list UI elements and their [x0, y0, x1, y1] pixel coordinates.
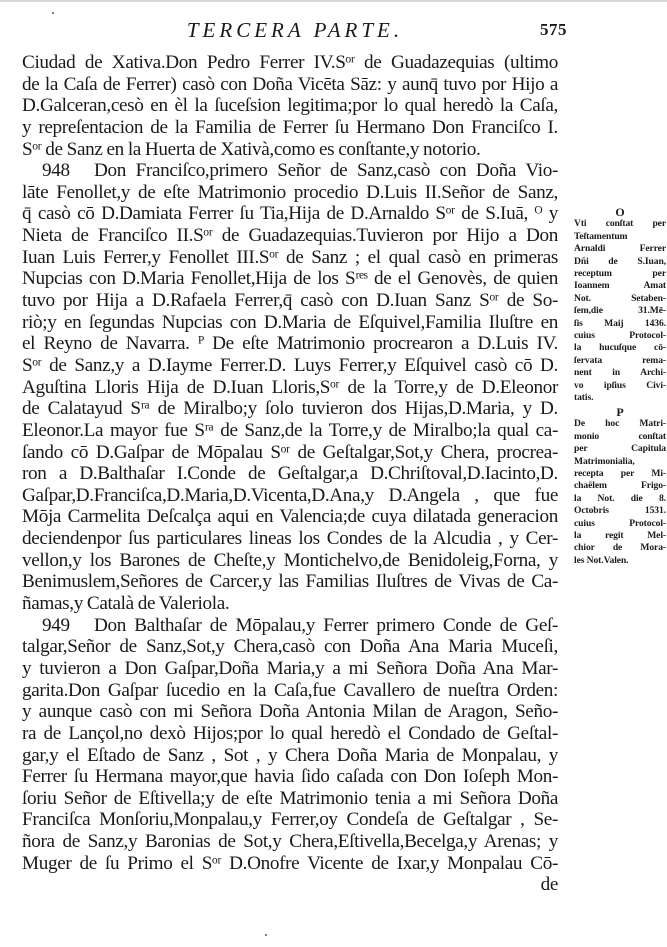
note-line: les Not.Valen. — [574, 555, 666, 567]
text-line: Ciudad de Xativa.Don Pedro Ferrer IV.Sᵒʳ… — [22, 52, 558, 74]
text-line: ñora de Sanz,y Baronias de Sot,y Chera,E… — [22, 831, 558, 853]
text-line: Sᵒʳ de Sanz en la Huerta de Xativà,como … — [22, 139, 558, 161]
text-line: q̄ casò cō D.Damiata Ferrer ſu Tia,Hija … — [22, 203, 558, 225]
note-line: Octobris 1531. — [574, 505, 666, 517]
note-line: per Capitula — [574, 443, 666, 455]
text-line: Gaſpar,D.Franciſca,D.Maria,D.Vicenta,D.A… — [22, 485, 558, 507]
note-line: recepta per Mi- — [574, 468, 666, 480]
paragraph-start-line: 949Don Balthaſar de Mōpalau,y Ferrer pri… — [22, 615, 558, 637]
catchword: de — [22, 874, 558, 896]
note-line: Dñi de S.Iuan, — [574, 256, 666, 268]
text-line: Franciſca Monſoriu,Monpalau,y Ferrer,oy … — [22, 809, 558, 831]
paragraph-number: 948 — [42, 160, 94, 182]
paragraph-start-line: 948Don Franciſco,primero Señor de Sanz,c… — [22, 160, 558, 182]
scan-speck — [265, 934, 267, 936]
text-line: y aunque casò con mi Señora Doña Antonia… — [22, 701, 558, 723]
marginal-note-o: OVti conſtat perTeſtamentumArnaldi Ferre… — [574, 206, 666, 405]
paragraph-number: 949 — [42, 615, 94, 637]
text-line: Aguſtina Lloris Hija de D.Iuan Lloris,Sᵒ… — [22, 377, 558, 399]
note-line: Not. Setaben- — [574, 293, 666, 305]
page-number: 575 — [540, 20, 567, 40]
text-line: Muger de ſu Primo el Sᵒʳ D.Onofre Vicent… — [22, 853, 558, 875]
note-line: Matrimonialia, — [574, 456, 666, 468]
paragraph-text: Don Balthaſar de Mōpalau,y Ferrer primer… — [94, 615, 558, 636]
note-line: Arnaldi Ferrer — [574, 243, 666, 255]
running-title: TERCERA PARTE. — [180, 18, 410, 43]
note-line: ſem,die 31.Mē- — [574, 305, 666, 317]
text-line: Ferrer ſu Hermana mayor,que havia ſido c… — [22, 766, 558, 788]
text-line: deciendenpor ſus particulares lineas los… — [22, 528, 558, 550]
note-line: ſis Maij 1436. — [574, 318, 666, 330]
text-line: Benimuslem,Señores de Carcer,y las Famil… — [22, 571, 558, 593]
text-line: garita.Don Gaſpar ſucedio en la Caſa,fue… — [22, 680, 558, 702]
scan-top-edge — [0, 0, 667, 2]
note-line: la regit Mel- — [574, 530, 666, 542]
note-line: tatis. — [574, 392, 666, 404]
text-line: Mōja Carmelita Deſcalça aqui en Valencia… — [22, 506, 558, 528]
text-line: Iuan Luis Ferrer,y Fenollet III.Sᵒʳ de S… — [22, 247, 558, 269]
text-line: ñamas,y Català de Valeriola. — [22, 593, 558, 615]
text-line: talgar,Señor de Sanz,Sot,y Chera,casò co… — [22, 636, 558, 658]
note-line: cuius Protocol- — [574, 330, 666, 342]
text-line: vellon,y los Barones de Cheſte,y Montich… — [22, 550, 558, 572]
note-marker: P — [574, 406, 666, 418]
text-line: ron a D.Balthaſar I.Conde de Geſtalgar,a… — [22, 463, 558, 485]
text-line: Nupcias con D.Maria Fenollet,Hija de los… — [22, 268, 558, 290]
note-marker: O — [574, 206, 666, 218]
text-line: y repreſentacion de la Familia de Ferrer… — [22, 117, 558, 139]
note-line: cuius Protocol- — [574, 518, 666, 530]
text-line: gar,y el Eſtado de Sanz , Sot , y Chera … — [22, 745, 558, 767]
note-line: chaëlem Frigo- — [574, 480, 666, 492]
text-line: D.Galceran,cesò en èl la ſuceſsion legit… — [22, 95, 558, 117]
note-line: Teſtamentum — [574, 231, 666, 243]
text-line: y tuvieron a Don Gaſpar,Doña Maria,y a m… — [22, 658, 558, 680]
text-line: Eleonor.La mayor fue Sʳᵃ de Sanz,de la T… — [22, 420, 558, 442]
note-line: Vti conſtat per — [574, 218, 666, 230]
text-line: de la Caſa de Ferrer) casò con Doña Vicē… — [22, 74, 558, 96]
running-head: TERCERA PARTE. 575 — [0, 18, 667, 44]
text-line: el Reyno de Navarra. ᴾ De eſte Matrimoni… — [22, 333, 558, 355]
text-line: ſando cō D.Gaſpar de Mōpalau Sᵒʳ de Geſt… — [22, 442, 558, 464]
note-line: ſervata rema- — [574, 355, 666, 367]
text-line: tuvo por Hija a D.Rafaela Ferrer,q̄ casò… — [22, 290, 558, 312]
marginal-note-p: PDe hoc Matri-monio conſtatper CapitulaM… — [574, 406, 666, 567]
note-line: De hoc Matri- — [574, 418, 666, 430]
text-line: riò;y en ſegundas Nupcias con D.Maria de… — [22, 312, 558, 334]
text-line: ſoriu Señor de Eſtivella;y de eſte Matri… — [22, 788, 558, 810]
note-line: vo ipſius Civi- — [574, 380, 666, 392]
main-text-column: Ciudad de Xativa.Don Pedro Ferrer IV.Sᵒʳ… — [22, 52, 558, 896]
text-line: de Calatayud Sʳᵃ de Miralbo;y ſolo tuvie… — [22, 398, 558, 420]
note-line: la Not. die 8. — [574, 493, 666, 505]
text-line: ra de Lançol,no dexò Hijos;por lo qual h… — [22, 723, 558, 745]
text-line: Sᵒʳ de Sanz,y a D.Iayme Ferrer.D. Luys F… — [22, 355, 558, 377]
note-line: Ioannem Amat — [574, 280, 666, 292]
paragraph-text: Don Franciſco,primero Señor de Sanz,casò… — [94, 160, 558, 181]
text-line: lāte Fenollet,y de eſte Matrimonio proce… — [22, 182, 558, 204]
note-line: la hucuſque cō- — [574, 342, 666, 354]
text-line: Nieta de Franciſco II.Sᵒʳ de Guadazequia… — [22, 225, 558, 247]
note-line: monio conſtat — [574, 431, 666, 443]
note-line: chior de Mora- — [574, 542, 666, 554]
scan-speck — [52, 12, 54, 14]
note-line: receptum per — [574, 268, 666, 280]
note-line: nent in Archi- — [574, 367, 666, 379]
